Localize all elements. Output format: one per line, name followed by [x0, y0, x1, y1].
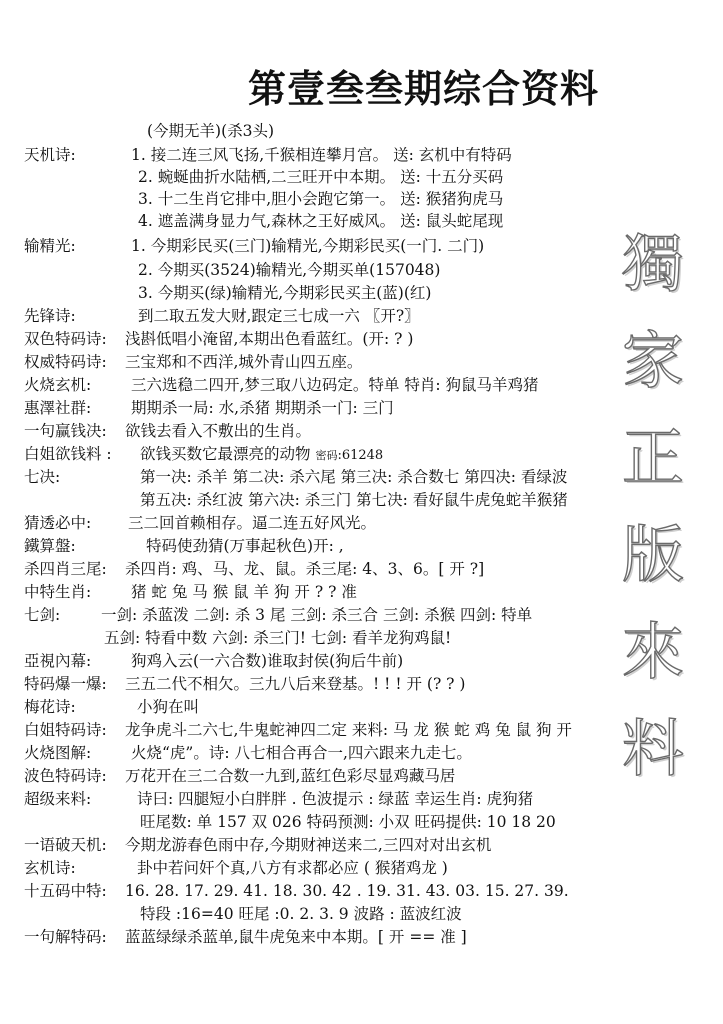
password-value: :61248	[337, 448, 383, 463]
quanwei-text: 三宝郑和不西洋,城外青山四五座。	[125, 352, 362, 372]
baijie-tema-text: 龙争虎斗二六七,牛鬼蛇神四二定 来料: 马 龙 猴 蛇 鸡 兔 鼠 狗 开	[125, 720, 572, 740]
tema-bao-text: 三五二代不相欠。三九八后来登基。! ! ! 开 (? ? )	[125, 674, 465, 694]
shujingguang-line-1: 1. 今期彩民买(三门)输精光,今期彩民买(一门. 二门)	[131, 236, 484, 256]
watermark-char: 獨	[622, 215, 684, 312]
label-baijie-tema: 白姐特码诗:	[24, 720, 107, 740]
label-yashi: 亞視內幕:	[24, 651, 91, 671]
document-title: 第壹叁叁期综合资料	[248, 58, 599, 113]
label-huize: 惠澤社群:	[24, 398, 91, 418]
label-chaoji: 超级来料:	[24, 789, 91, 809]
label-xianfengshi: 先锋诗:	[24, 306, 76, 326]
tianjishi-line-1: 1. 接二连三风飞扬,千猴相连攀月宫。 送: 玄机中有特码	[131, 145, 512, 165]
tiesuanpan-text: 特码使劲猜(万事起秋色)开: ,	[146, 536, 344, 556]
label-baijie-yuqian: 白姐欲钱料 :	[24, 444, 112, 464]
shujingguang-line-3: 3. 今期买(绿)输精光,今期彩民买主(蓝)(红)	[138, 283, 431, 303]
shujingguang-line-2: 2. 今期买(3524)输精光,今期买单(157048)	[138, 260, 440, 280]
password-label: 密码	[315, 449, 337, 462]
label-shujingguang: 输精光:	[24, 236, 76, 256]
watermark-char: 料	[622, 700, 684, 797]
label-zhongte: 中特生肖:	[24, 582, 91, 602]
huoshao-tujie-text: 火烧“虎”。诗: 八七相合再合一,四六跟来九走七。	[131, 743, 472, 763]
tianjishi-line-2: 2. 蜿蜒曲折水陆栖,二三旺开中本期。 送: 十五分买码	[138, 167, 503, 187]
shiwuma-line-1: 16. 28. 17. 29. 41. 18. 30. 42 . 19. 31.…	[125, 881, 569, 901]
bose-text: 万花开在三二合数一九到,蓝红色彩尽显鸡藏马居	[125, 766, 455, 786]
label-tiesuanpan: 鐵算盤:	[24, 536, 76, 556]
label-shuangse: 双色特码诗:	[24, 329, 107, 349]
caitou-text: 三二回首赖相存。逼二连五好风光。	[128, 513, 376, 533]
watermark-vertical: 獨 家 正 版 來 料	[618, 215, 688, 797]
label-bose: 波色特码诗:	[24, 766, 107, 786]
label-huoshao-xuanji: 火烧玄机:	[24, 375, 91, 395]
label-qijue: 七决:	[24, 467, 60, 487]
watermark-char: 來	[622, 603, 684, 700]
watermark-char: 家	[622, 312, 684, 409]
zhongte-text: 猪 蛇 兔 马 猴 鼠 羊 狗 开 ? ? 准	[131, 582, 357, 602]
shasixiao-text: 杀四肖: 鸡、马、龙、鼠。杀三尾: 4、3、6。[ 开 ?]	[125, 559, 484, 579]
tianjishi-line-3: 3. 十二生肖它排中,胆小会跑它第一。 送: 猴猪狗虎马	[138, 189, 503, 209]
label-quanwei: 权威特码诗:	[24, 352, 107, 372]
yashi-text: 狗鸡入云(一六合数)谁取封侯(狗后牛前)	[131, 651, 403, 671]
huize-text: 期期杀一局: 水,杀猪 期期杀一门: 三门	[131, 398, 394, 418]
label-yiyu: 一语破天机:	[24, 835, 107, 855]
label-xuanjishi: 玄机诗:	[24, 858, 76, 878]
label-meihuashi: 梅花诗:	[24, 697, 76, 717]
huoshao-xuanji-text: 三六选稳二四开,梦三取八边码定。特单 特肖: 狗鼠马羊鸡猪	[131, 375, 539, 395]
chaoji-line-2: 旺尾数: 单 157 双 026 特码预测: 小双 旺码提供: 10 18 20	[140, 812, 556, 832]
tianjishi-line-4: 4. 遮盖满身显力气,森林之王好威风。 送: 鼠头蛇尾现	[138, 211, 503, 231]
qijue-line-2: 第五决: 杀红波 第六决: 杀三门 第七决: 看好鼠牛虎兔蛇羊猴猪	[140, 490, 568, 510]
label-yiju-yingqian: 一句赢钱决:	[24, 421, 107, 441]
qijian-line-2: 五剑: 特看中数 六剑: 杀三门! 七剑: 看羊龙狗鸡鼠!	[104, 628, 451, 648]
xianfengshi-text: 到二取五发大财,跟定三七成一六 〖开?〗	[138, 306, 420, 326]
yiyu-text: 今期龙游春色雨中存,今期财神送来二,三四对对出玄机	[125, 835, 491, 855]
chaoji-line-1: 诗曰: 四腿短小白胖胖 . 色波提示 : 绿蓝 幸运生肖: 虎狗猪	[137, 789, 533, 809]
qijian-line-1: 一剑: 杀蓝泼 二剑: 杀 3 尾 三剑: 杀三合 三剑: 杀猴 四剑: 特单	[101, 605, 532, 625]
subtitle: (今期无羊)(杀3头)	[147, 121, 274, 141]
label-yiju-jie: 一句解特码:	[24, 927, 107, 947]
label-caitou: 猜透必中:	[24, 513, 91, 533]
yiju-jie-text: 蓝蓝绿绿杀蓝单,鼠牛虎兔来中本期。[ 开 == 准 ]	[125, 927, 467, 947]
label-qijian: 七剑:	[24, 605, 60, 625]
label-shiwuma: 十五码中特:	[24, 881, 107, 901]
qijue-line-1: 第一决: 杀羊 第二决: 杀六尾 第三决: 杀合数七 第四决: 看绿波	[140, 467, 567, 487]
yiju-yingqian-text: 欲钱去看入不敷出的生肖。	[125, 421, 311, 441]
shiwuma-line-2: 特段 :16=40 旺尾 :0. 2. 3. 9 波路 : 蓝波红波	[140, 904, 462, 924]
meihuashi-text: 小狗在叫	[137, 697, 199, 717]
label-shasixiao: 杀四肖三尾:	[24, 559, 107, 579]
xuanjishi-text: 卦中若问奸个真,八方有求都必应 ( 猴猪鸡龙 )	[137, 858, 448, 878]
label-tema-bao: 特码爆一爆:	[24, 674, 107, 694]
watermark-char: 正	[622, 409, 684, 506]
watermark-char: 版	[622, 506, 684, 603]
label-tianjishi: 天机诗:	[24, 145, 76, 165]
shuangse-text: 浅斟低唱小淹留,本期出色看蓝红。(开: ? )	[125, 329, 413, 349]
baijie-yuqian-text: 欲钱买数它最漂亮的动物 密码:61248	[140, 444, 383, 466]
baijie-yuqian-main: 欲钱买数它最漂亮的动物	[140, 445, 311, 463]
label-huoshao-tujie: 火烧图解:	[24, 743, 91, 763]
